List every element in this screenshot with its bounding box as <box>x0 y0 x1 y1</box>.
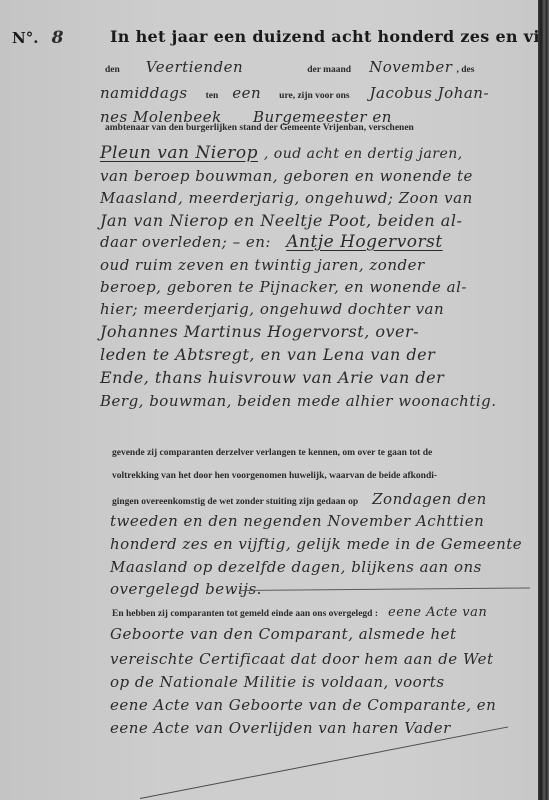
printed-before-us: ure, zijn voor ons <box>279 91 349 101</box>
bride-status-line: hier; meerderjarig, ongehuwd dochter van <box>100 300 444 318</box>
printed-proclamation-text: gingen overeenkomstig de wet zonder stui… <box>112 497 358 507</box>
groom-name: Pleun van Nierop <box>100 143 258 163</box>
registrar-line: ambtenaar van den burgerlijken stand der… <box>105 123 414 133</box>
printed-documents-text: En hebben zij comparanten tot gemeld ein… <box>112 609 378 619</box>
father-death-act-line: eene Acte van Overlijden van haren Vader <box>110 719 451 737</box>
time-line: namiddags ten een ure, zijn voor ons Jac… <box>100 84 489 103</box>
printed-registrar-text: ambtenaar van den burgerlijken stand der… <box>105 123 414 133</box>
handwritten-afternoon: namiddags <box>100 84 188 102</box>
heading-text: In het jaar een duizend acht honderd zes… <box>110 27 549 46</box>
proclamation-maasland-line: Maasland op dezelfde dagen, blijkens aan… <box>110 558 482 576</box>
record-number-label: N°. <box>12 29 38 47</box>
document-page: N°. 8 In het jaar een duizend acht honde… <box>0 0 538 800</box>
handwritten-day: Veertienden <box>146 58 243 76</box>
groom-age: , oud acht en dertig jaren, <box>264 146 463 162</box>
record-number: N°. 8 <box>12 28 64 48</box>
printed-month-label: der maand <box>307 65 351 75</box>
fill-line <box>240 587 530 591</box>
printed-proclamation-line: voltrekking van het door hen voorgenomen… <box>112 471 437 481</box>
handwritten-month: November <box>369 58 452 76</box>
proclamation-date-line: gingen overeenkomstig de wet zonder stui… <box>112 490 487 509</box>
handwritten-hour: een <box>232 84 261 102</box>
groom-occupation-line: van beroep bouwman, geboren en wonende t… <box>100 167 473 185</box>
handwritten-birth-act: eene Acte van <box>388 605 487 620</box>
bride-birthplace-line: beroep, geboren te Pijnacker, en wonende… <box>100 278 467 296</box>
militia-certificate-line: vereischte Certificaat dat door hem aan … <box>110 650 494 668</box>
handwritten-sundays: Zondagen den <box>372 490 487 508</box>
closing-strike-line <box>140 726 508 799</box>
bride-birth-act-line: eene Acte van Geboorte van de Comparante… <box>110 696 496 714</box>
bride-intro-line: daar overleden; – en: Antje Hogervorst <box>100 232 443 252</box>
bride-stepfather-line: Berg, bouwman, beiden mede alhier woonac… <box>100 392 497 410</box>
record-number-value: 8 <box>52 28 64 48</box>
militia-fulfilled-line: op de Nationale Militie is voldaan, voor… <box>110 673 445 691</box>
printed-intent-line: gevende zij comparanten derzelver verlan… <box>112 448 432 458</box>
groom-line: Pleun van Nierop , oud acht en dertig ja… <box>100 143 463 163</box>
bride-father-death-line: leden te Abtsregt, en van Lena van der <box>100 345 435 364</box>
proclamation-dates-line: tweeden en den negenden November Achttie… <box>110 512 484 530</box>
groom-parents-deceased: daar overleden; – en: <box>100 233 271 251</box>
printed-des: , des <box>456 65 474 75</box>
handwritten-official-name: Jacobus Johan- <box>370 84 490 102</box>
proclamation-year-line: honderd zes en vijftig, gelijk mede in d… <box>110 535 522 553</box>
groom-parents-line: Jan van Nierop en Neeltje Poot, beiden a… <box>100 211 462 230</box>
bride-name: Antje Hogervorst <box>286 232 442 252</box>
binding-edge <box>538 0 549 800</box>
groom-birth-act-line: Geboorte van den Comparant, alsmede het <box>110 625 457 643</box>
date-line: den Veertienden der maand November , des <box>105 58 525 77</box>
bride-father-line: Johannes Martinus Hogervorst, over- <box>100 322 419 341</box>
bride-mother-line: Ende, thans huisvrouw van Arie van der <box>100 368 444 387</box>
printed-den: den <box>105 65 120 75</box>
printed-ten: ten <box>206 91 219 101</box>
documents-intro-line: En hebben zij comparanten tot gemeld ein… <box>112 603 487 621</box>
document-heading: In het jaar een duizend acht honderd zes… <box>110 27 549 46</box>
bride-age-line: oud ruim zeven en twintig jaren, zonder <box>100 256 425 274</box>
groom-residence-line: Maasland, meerderjarig, ongehuwd; Zoon v… <box>100 189 473 207</box>
